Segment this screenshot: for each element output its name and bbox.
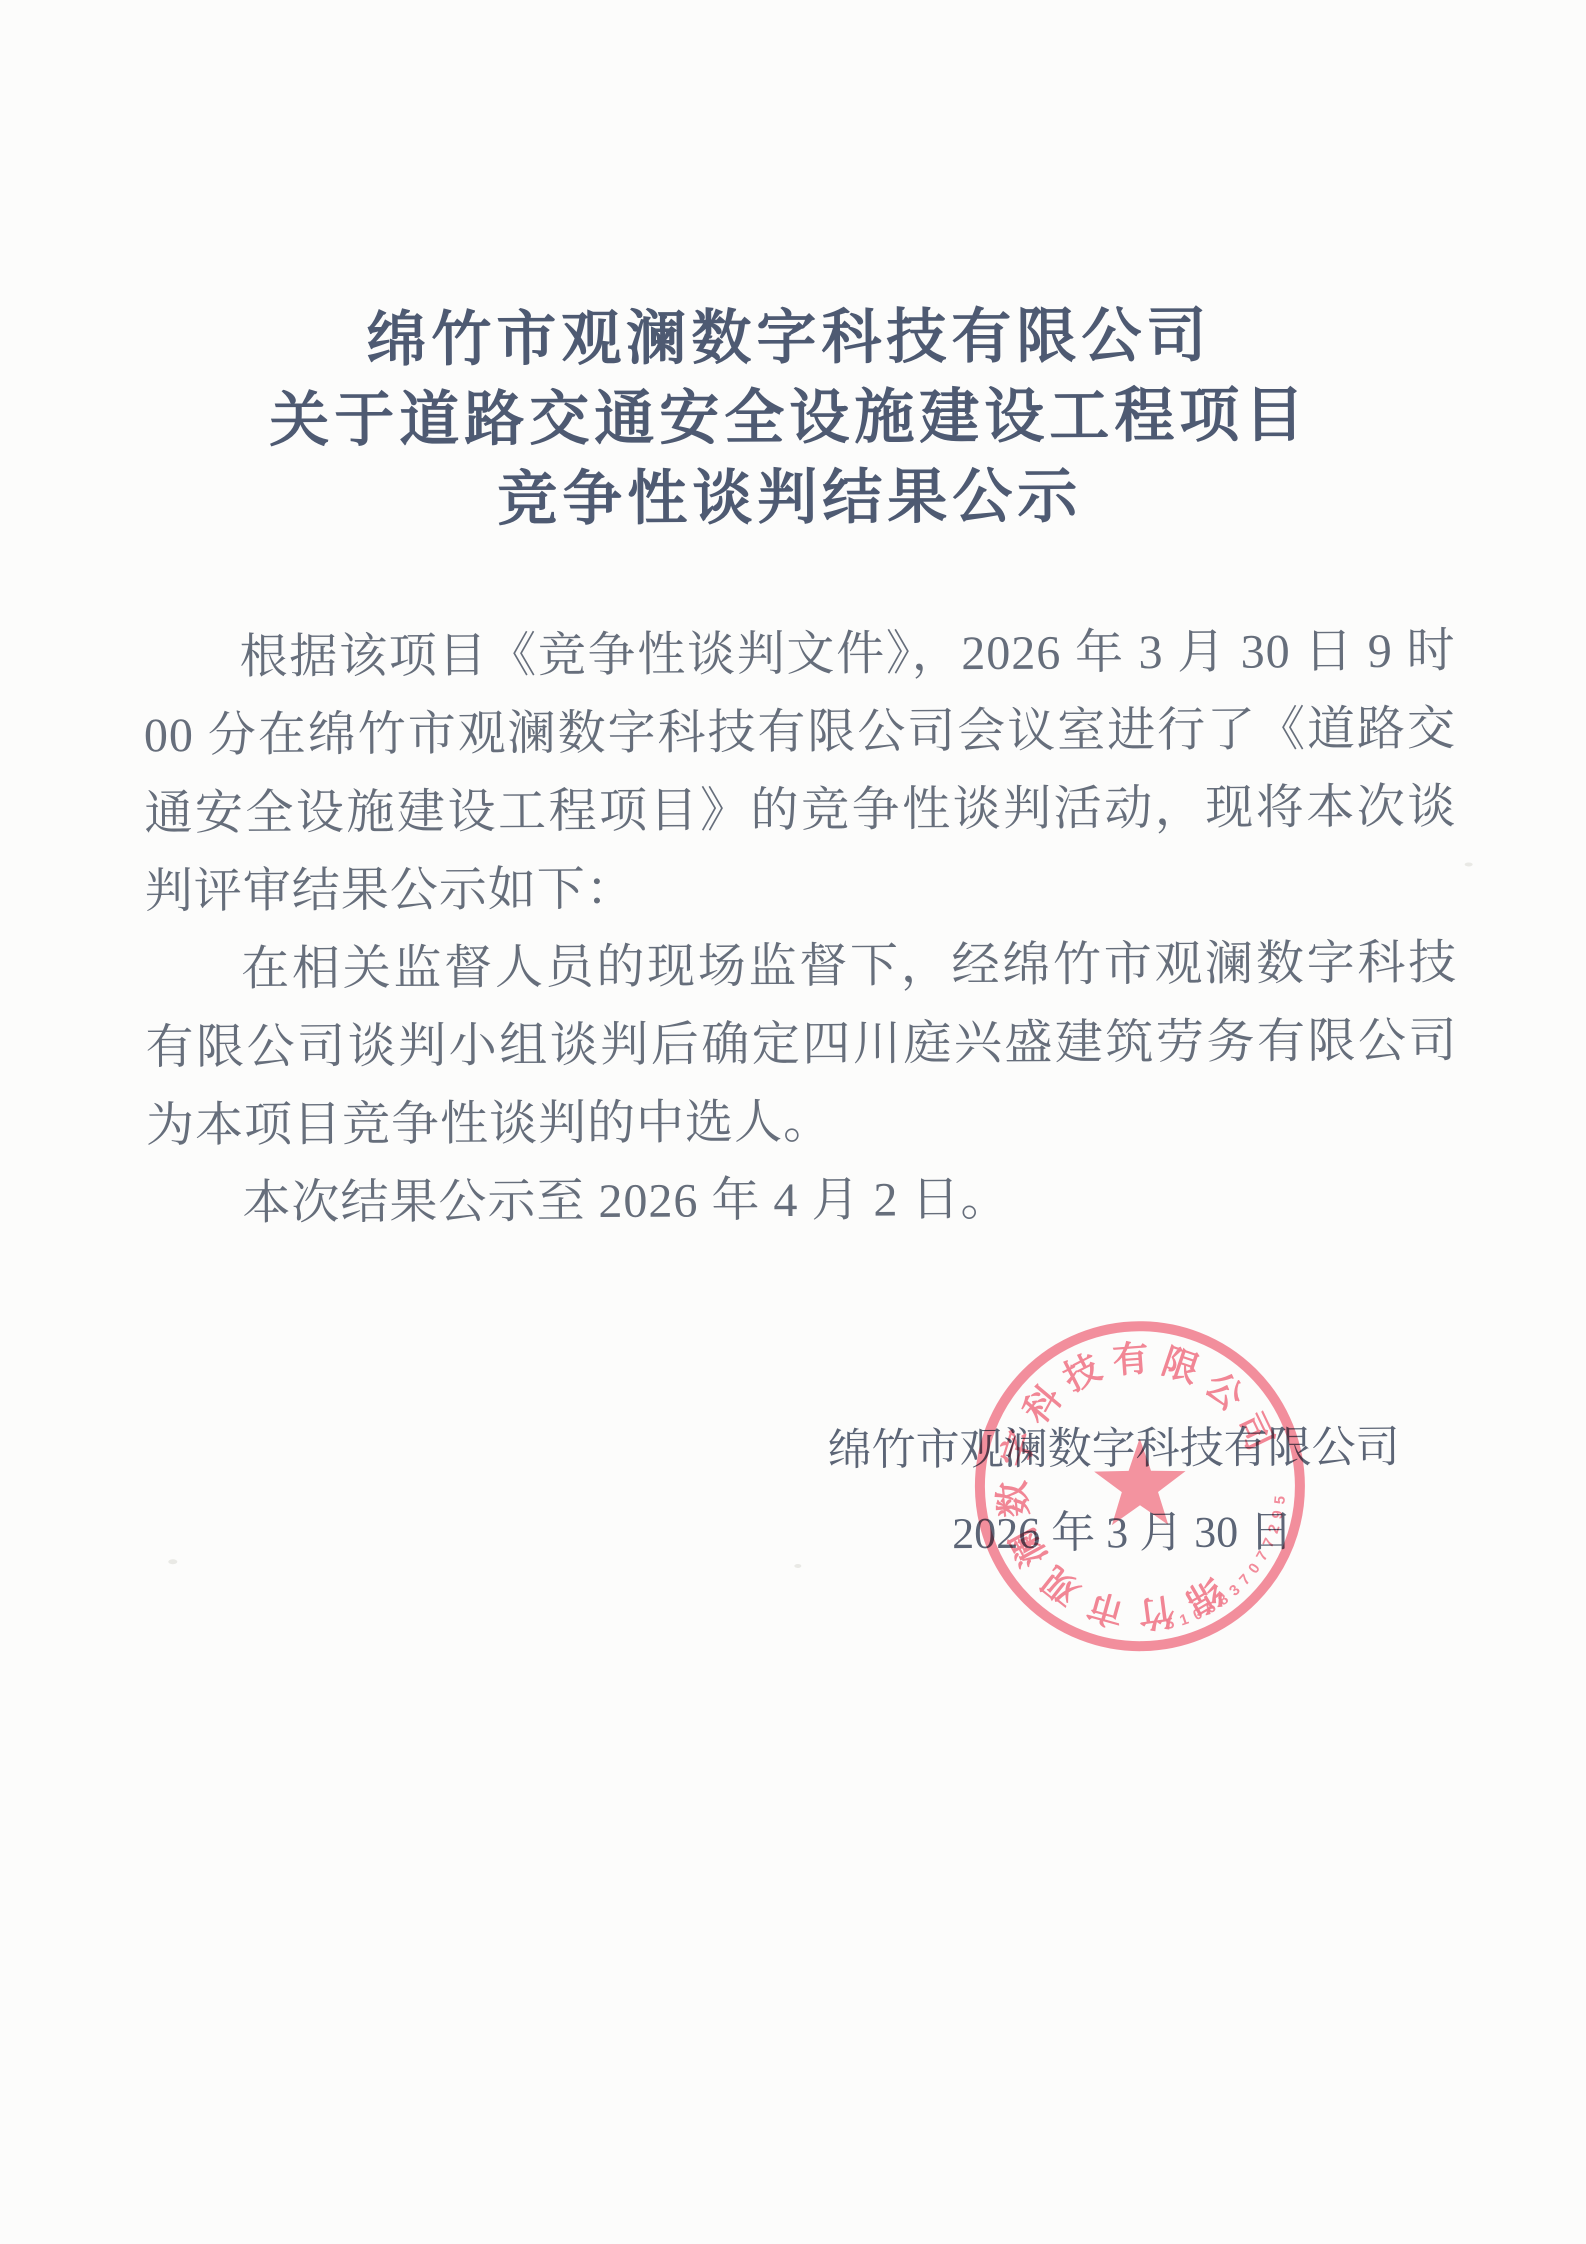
paragraph-basis: 根据该项目《竞争性谈判文件》，2026 年 3 月 30 日 9 时 00 分在… <box>143 613 1457 932</box>
seal-ring-char: 技 <box>1057 1347 1107 1399</box>
seal-ring-char: 澜 <box>1002 1522 1054 1573</box>
title-line-company: 绵竹市观澜数字科技有限公司 <box>0 294 1582 382</box>
seal-code-digit: 0 <box>1245 1560 1264 1577</box>
seal-code-digit: 7 <box>1253 1548 1272 1564</box>
title-line-project: 关于道路交通安全设施建设工程项目 <box>0 374 1583 462</box>
seal-ring-char: 公 <box>1197 1364 1250 1418</box>
seal-code-digit: 7 <box>1260 1536 1279 1550</box>
seal-ring-char: 市 <box>1083 1584 1128 1632</box>
title-line-announcement: 竞争性谈判结果公示 <box>0 454 1583 542</box>
seal-ring-char: 限 <box>1157 1341 1204 1390</box>
seal-ring-char: 有 <box>1111 1338 1150 1381</box>
scanned-content: 绵竹市观澜数字科技有限公司 关于道路交通安全设施建设工程项目 竞争性谈判结果公示… <box>0 0 1586 2244</box>
seal-code-digit: 7 <box>1236 1571 1254 1589</box>
seal-code-digit: 3 <box>1226 1581 1244 1599</box>
seal-code-digit: 2 <box>1265 1523 1284 1536</box>
official-seal: 绵竹市观澜数字科技有限公司 5106837077295 <box>969 1315 1311 1657</box>
document-page: 绵竹市观澜数字科技有限公司 关于道路交通安全设施建设工程项目 竞争性谈判结果公示… <box>0 0 1586 2244</box>
seal-ring-char: 观 <box>1034 1559 1087 1613</box>
paragraph-publicity-period: 本次结果公示至 2026 年 4 月 2 日。 <box>146 1159 1458 1244</box>
star-icon <box>1094 1438 1186 1525</box>
seal-ring-char: 科 <box>1016 1378 1070 1431</box>
document-body: 根据该项目《竞争性谈判文件》，2026 年 3 月 30 日 9 时 00 分在… <box>143 613 1458 1244</box>
seal-ring-char: 数 <box>992 1479 1035 1519</box>
seal-ring-char: 司 <box>1229 1407 1281 1457</box>
seal-code-digits: 5106837077295 <box>1163 1495 1289 1633</box>
seal-code-digit: 5 <box>1271 1495 1289 1505</box>
paragraph-result: 在相关监督人员的现场监督下，经绵竹市观澜数字科技有限公司谈判小组谈判后确定四川庭… <box>145 925 1458 1166</box>
seal-code-digit: 1 <box>1178 1611 1191 1630</box>
scan-speckle <box>1465 862 1473 866</box>
scan-speckle <box>168 1559 177 1564</box>
seal-code-digit: 9 <box>1269 1509 1287 1521</box>
scan-speckle <box>794 1564 801 1568</box>
document-title: 绵竹市观澜数字科技有限公司 关于道路交通安全设施建设工程项目 竞争性谈判结果公示 <box>0 294 1583 542</box>
seal-ring-char: 字 <box>994 1426 1043 1472</box>
